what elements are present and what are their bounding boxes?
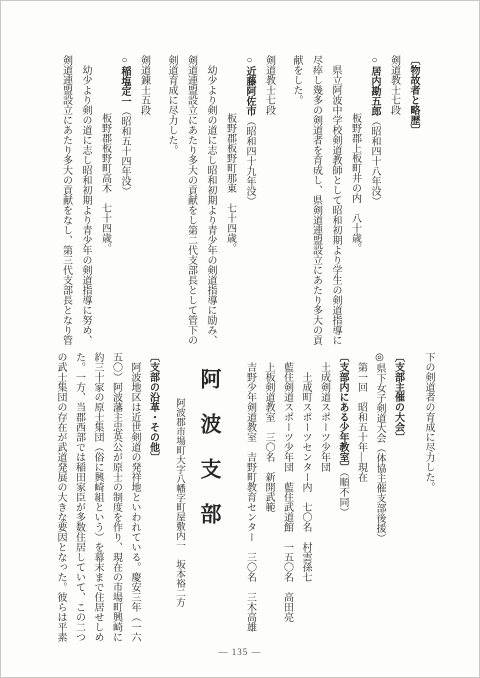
- memorial-entry-1-rank: 剣道教士七段: [384, 55, 404, 351]
- memorial-entry-3-body-line: 剣道連盟設立にあたり多大の貢献をなし、第三代支部長となり管: [56, 55, 76, 351]
- youth-class-item: 土成剣道スポーツ少年団: [314, 352, 333, 648]
- memorial-entry-1-body-line: 県立阿波中学校剣道教師として昭和初期より学生の剣道指導に: [326, 55, 346, 351]
- memorial-entry-2-address: 板野郡板野町那東 七十四歳。: [220, 55, 240, 351]
- memorial-entry-2-body-line: 幼少より剣の道に志し昭和初期より青少年の剣道指導に励み、: [201, 55, 221, 351]
- youth-class-item: 上板剣道教室 三〇名 新開武範: [259, 352, 278, 648]
- memorial-entry-1-body-line: 献をした。: [287, 55, 307, 351]
- youth-classes-heading: 〔支部内にある少年教室〕（順不同）: [333, 352, 352, 648]
- death-year-note: （昭和五十四年没）: [119, 106, 130, 196]
- memorial-continuation-line: 下の剣道者の育成に尽力した。: [419, 352, 438, 648]
- tournament-event-line: ◎県下女子剣道大会（体協主催支部後援）: [370, 352, 389, 648]
- memorial-entry-2-name-line: ○近藤阿佐市（昭和四十九年没）: [240, 55, 260, 351]
- memorial-entry-3-name-line: ○稲塩定一（昭和五十四年没）: [115, 55, 135, 351]
- memorial-entry-2-body-line: 剣道連盟設立にあたり多大の貢献をし第二代支部長として管下の: [181, 55, 201, 351]
- page-number: — 135 —: [1, 647, 479, 657]
- deceased-name: ○稲塩定一: [119, 55, 130, 106]
- memorial-entry-1-name-line: ○居内勘五郎（昭和四十八年没）: [365, 55, 385, 351]
- memorial-heading: 〔物故者と略歴〕: [404, 55, 424, 351]
- death-year-note: （昭和四十八年没）: [369, 116, 380, 206]
- chapter-contact-address: 阿波郡市場町大字八幡字町屋敷内一 坂本裕二方: [170, 352, 189, 648]
- tournament-edition-line: 第一回 昭和五十年―現在: [351, 352, 370, 648]
- memorial-entry-3-rank: 剣道錬士五段: [134, 55, 154, 351]
- youth-class-item: 藍住剣道スポーツ少年団 藍住武道館 一五〇名 高田亮: [277, 352, 296, 648]
- history-body-line: 阿波地区は近世剣道の発祥地といわれている。慶安三年（一六: [125, 352, 144, 648]
- youth-heading-text: 〔支部内にある少年教室〕: [337, 352, 348, 472]
- memorial-entry-1-address: 板野郡上板町井の内 八十歳。: [345, 55, 365, 351]
- chapter-title: 阿波支部: [196, 352, 224, 648]
- youth-class-item-detail: 土成町スポーツセンター内 七〇名 村雲孫七: [296, 352, 315, 648]
- memorial-entry-1-body-line: 尽瘁し幾多の剣道者を育成し、県剣道連盟設立にあたり多大の貢: [306, 55, 326, 351]
- history-body-line: 五〇）阿波藩主忠英公が原士の制度を作り、現在の市場町興崎に: [106, 352, 125, 648]
- memorial-entry-2-rank: 剣道教士七段: [259, 55, 279, 351]
- youth-class-item: 吉野少年剣道教室 吉野町教育センター 三〇名 三木高雄: [240, 352, 259, 648]
- history-body-line: 約三十家の原士集団（俗に興崎組という）を幕末まで住居せしめ: [88, 352, 107, 648]
- memorial-entry-3-address: 板野郡板野町高木 七十四歳。: [95, 55, 115, 351]
- death-year-note: （昭和四十九年没）: [244, 116, 255, 206]
- youth-heading-note: （順不同）: [337, 472, 348, 517]
- history-heading: 〔支部の沿革・その他〕: [143, 352, 162, 648]
- history-body-line: た。一方、当郡西部では稲田家臣が多数住居していて、この二つ: [69, 352, 88, 648]
- deceased-name: ○近藤阿佐市: [244, 55, 255, 116]
- bottom-section: 下の剣道者の育成に尽力した。 〔支部主催の大会〕 ◎県下女子剣道大会（体協主催支…: [51, 352, 438, 648]
- deceased-name: ○居内勘五郎: [369, 55, 380, 116]
- scanned-book-page: 〔物故者と略歴〕 剣道教士七段 ○居内勘五郎（昭和四十八年没） 板野郡上板町井の…: [0, 0, 480, 678]
- memorial-entry-2-body-line: 剣道育成に尽力した。: [162, 55, 182, 351]
- memorial-section: 〔物故者と略歴〕 剣道教士七段 ○居内勘五郎（昭和四十八年没） 板野郡上板町井の…: [56, 55, 423, 351]
- memorial-entry-3-body-line: 幼少より剣の道に志し昭和初期より青少年の剣道指導に努め、: [76, 55, 96, 351]
- history-body-line: の武士集団の存在が武道発展の大きな要因となった。彼らは平素: [51, 352, 70, 648]
- tournaments-heading: 〔支部主催の大会〕: [388, 352, 407, 648]
